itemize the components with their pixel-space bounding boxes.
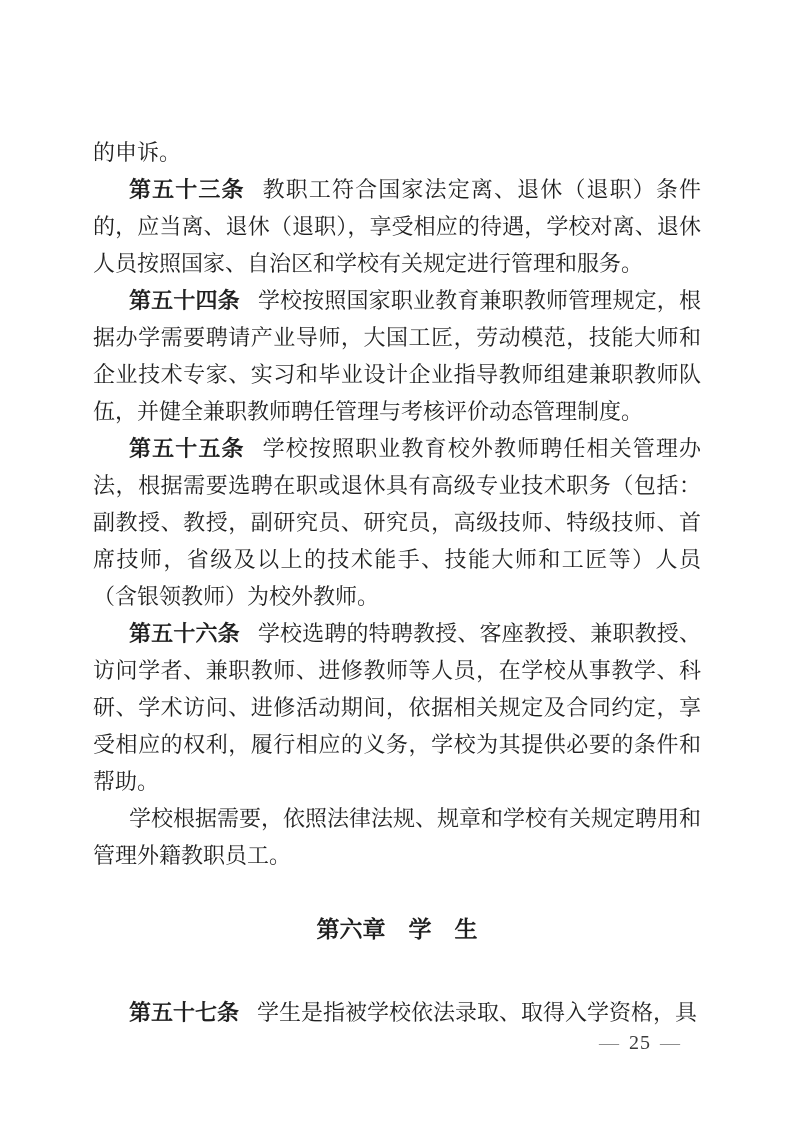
chapter-6-heading: 第六章 学 生 — [93, 911, 701, 948]
article-54-number: 第五十四条 — [129, 288, 240, 313]
article-53-number: 第五十三条 — [129, 177, 245, 202]
document-body: 的申诉。 第五十三条教职工符合国家法定离、退休（退职）条件的，应当离、退休（退职… — [93, 134, 701, 1031]
article-57-paragraph: 第五十七条学生是指被学校依法录取、取得入学资格，具 — [93, 994, 701, 1031]
article-55-number: 第五十五条 — [129, 436, 245, 461]
article-55-text: 学校按照职业教育校外教师聘任相关管理办法，根据需要选聘在职或退休具有高级专业技术… — [93, 436, 701, 609]
page-number-dash-right: — — [660, 1032, 681, 1054]
document-page: 的申诉。 第五十三条教职工符合国家法定离、退休（退职）条件的，应当离、退休（退职… — [0, 0, 793, 1121]
article-55-paragraph: 第五十五条学校按照职业教育校外教师聘任相关管理办法，根据需要选聘在职或退休具有高… — [93, 430, 701, 615]
article-56-text: 学校选聘的特聘教授、客座教授、兼职教授、访问学者、兼职教师、进修教师等人员，在学… — [93, 621, 701, 794]
closing-paragraph: 学校根据需要，依照法律法规、规章和学校有关规定聘用和管理外籍教职员工。 — [93, 800, 701, 874]
article-57-text: 学生是指被学校依法录取、取得入学资格，具 — [257, 1000, 697, 1025]
page-number-dash-left: — — [599, 1032, 620, 1054]
article-57-number: 第五十七条 — [129, 1000, 239, 1025]
article-56-number: 第五十六条 — [129, 621, 240, 646]
page-number: —25— — [590, 1032, 690, 1055]
article-56-paragraph: 第五十六条学校选聘的特聘教授、客座教授、兼职教授、访问学者、兼职教师、进修教师等… — [93, 615, 701, 800]
article-54-paragraph: 第五十四条学校按照国家职业教育兼职教师管理规定，根据办学需要聘请产业导师，大国工… — [93, 282, 701, 430]
page-number-value: 25 — [629, 1032, 651, 1054]
article-53-paragraph: 第五十三条教职工符合国家法定离、退休（退职）条件的，应当离、退休（退职），享受相… — [93, 171, 701, 282]
paragraph-continuation: 的申诉。 — [93, 134, 701, 171]
